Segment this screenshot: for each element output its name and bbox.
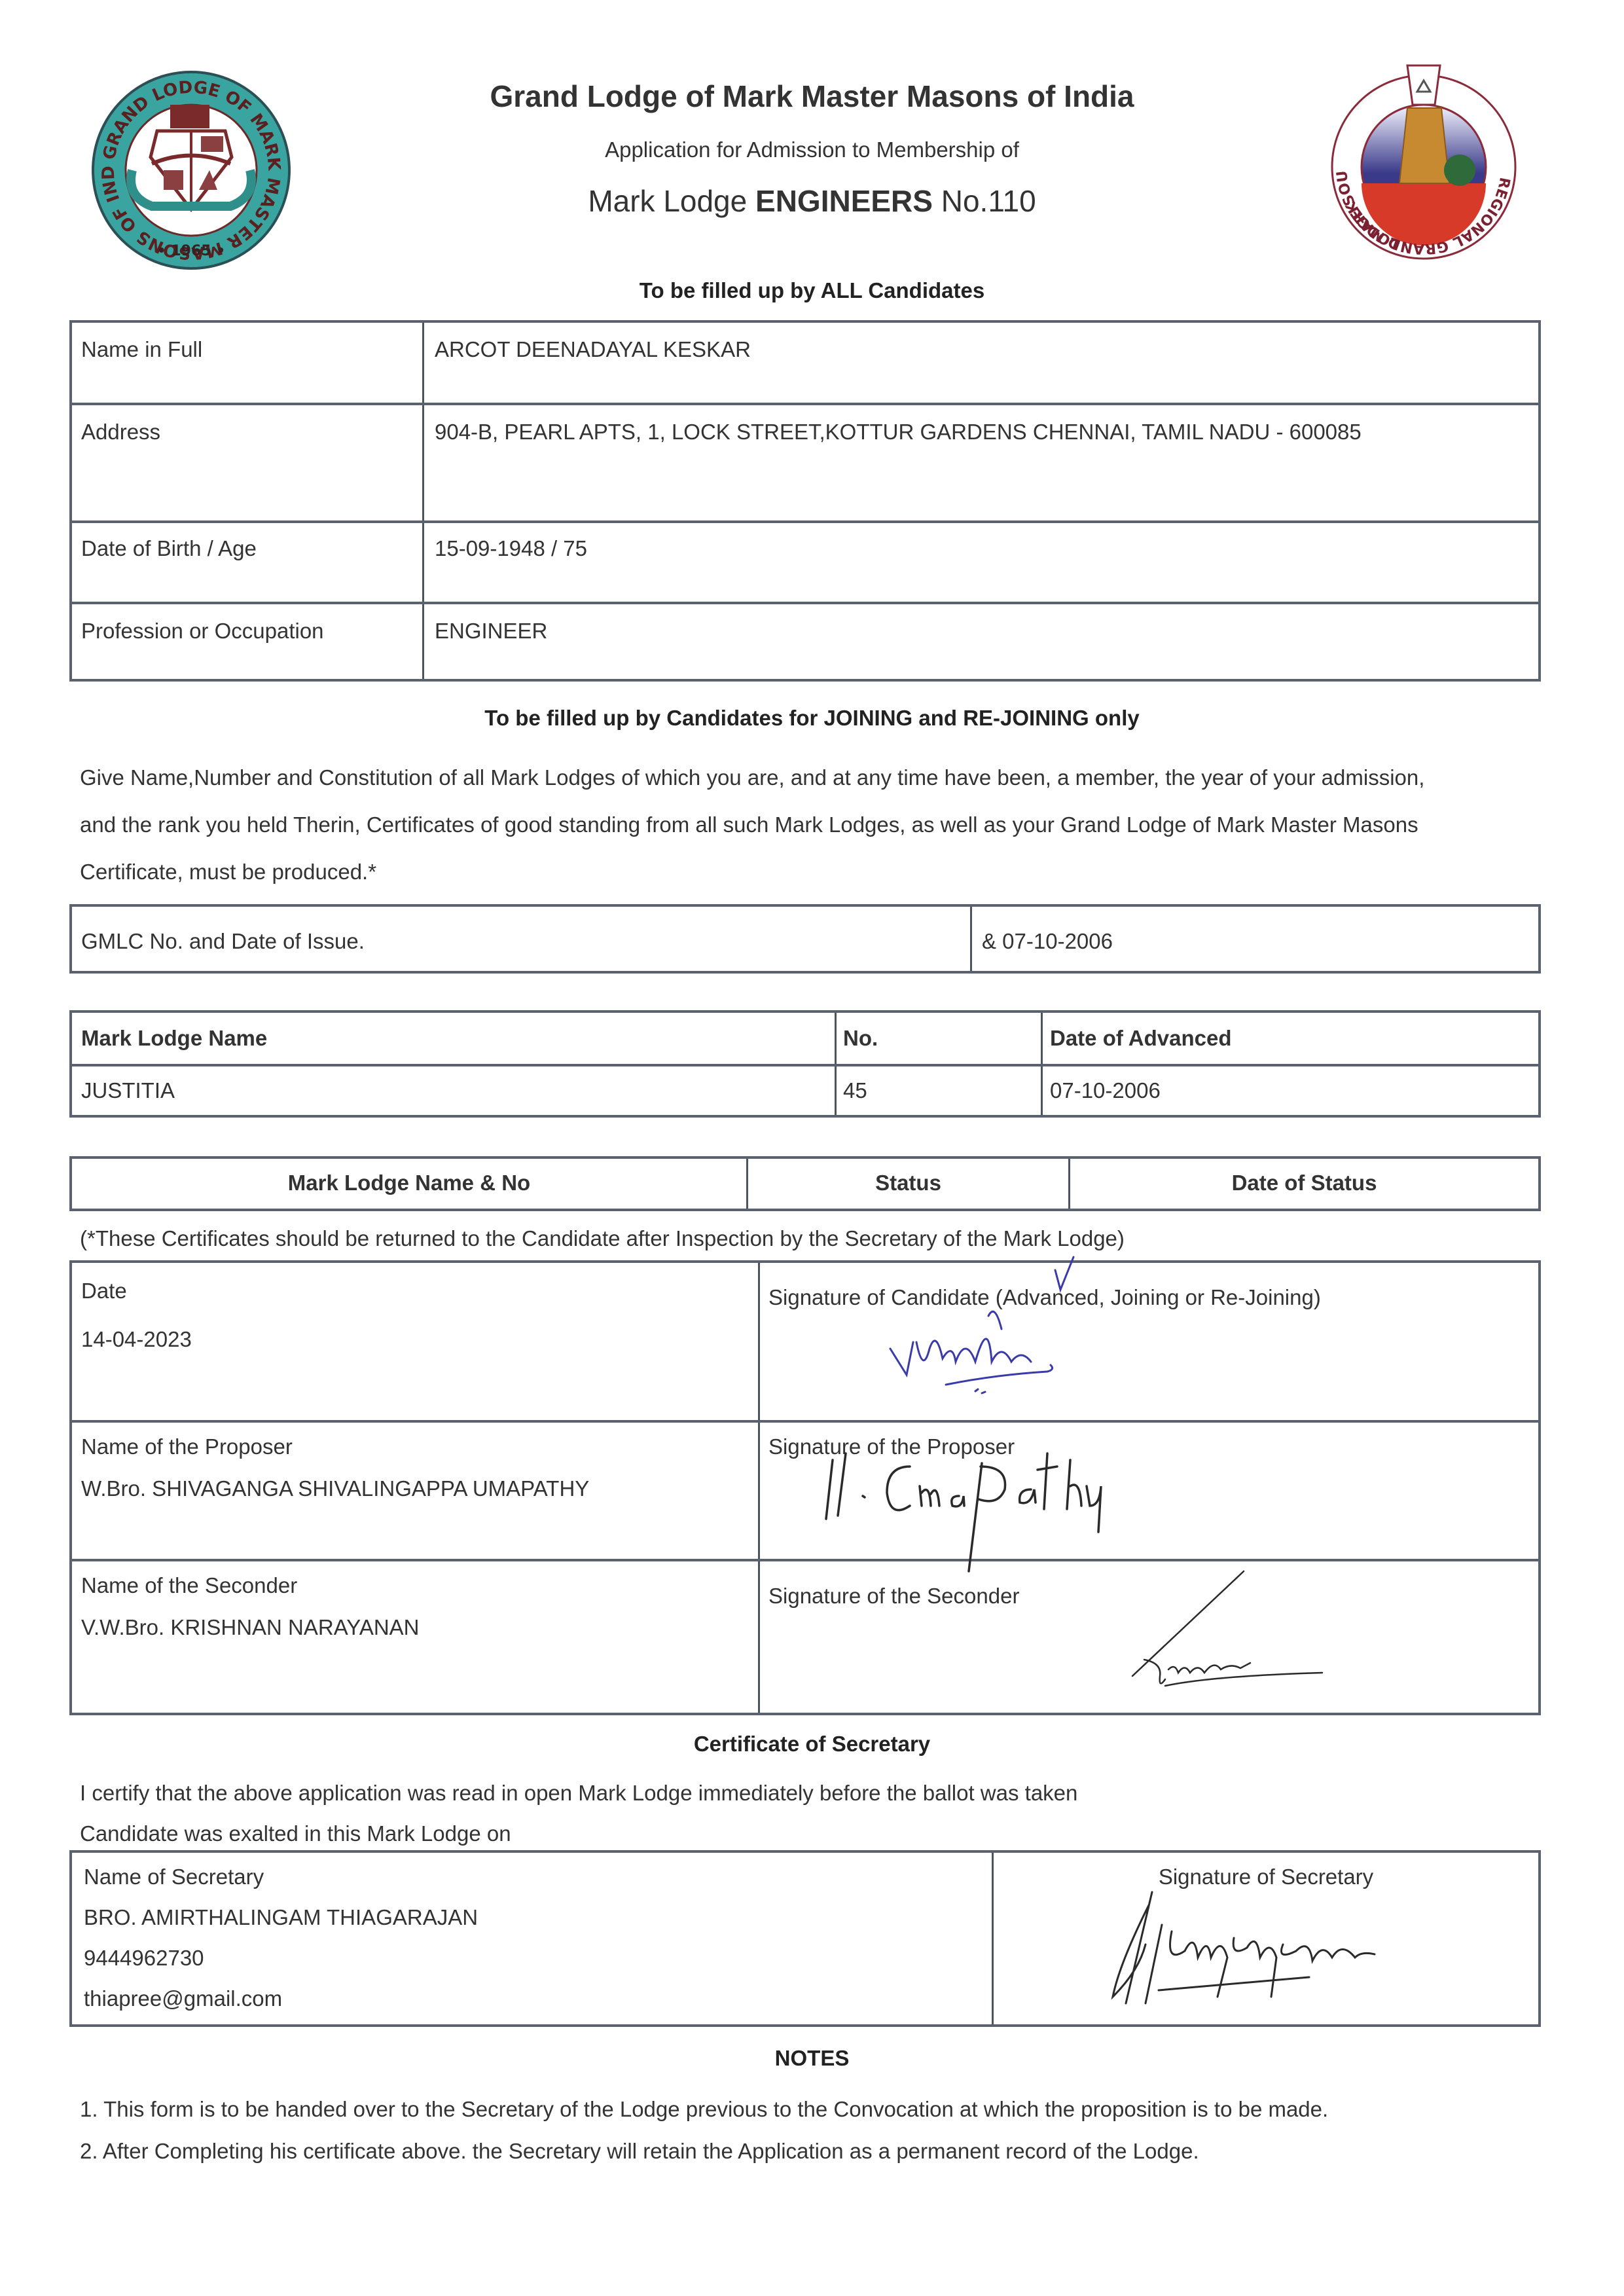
proposer-label: Name of the Proposer	[81, 1434, 293, 1459]
header-status: Status	[748, 1171, 1068, 1195]
label-name-in-full: Name in Full	[81, 337, 202, 362]
gmlc-table: GMLC No. and Date of Issue. & 07-10-2006	[69, 904, 1541, 974]
seconder-signature	[1113, 1565, 1335, 1696]
instruction-line: and the rank you held Therin, Certificat…	[80, 801, 1553, 848]
section-joining-heading: To be filled up by Candidates for JOININ…	[0, 706, 1624, 731]
mark-lodge-table: Mark Lodge Name No. Date of Advanced JUS…	[69, 1010, 1541, 1118]
form-subtitle: Application for Admission to Membership …	[0, 137, 1624, 162]
lodge-number: No.110	[933, 184, 1036, 218]
certification-line: Candidate was exalted in this Mark Lodge…	[80, 1813, 1553, 1854]
value-address: 904-B, PEARL APTS, 1, LOCK STREET,KOTTUR…	[435, 420, 1362, 445]
svg-text:• 1965 •: • 1965 •	[157, 243, 226, 259]
status-table: Mark Lodge Name & No Status Date of Stat…	[69, 1156, 1541, 1211]
cell-date-advanced: 07-10-2006	[1050, 1078, 1161, 1103]
notes-list: 1. This form is to be handed over to the…	[80, 2088, 1553, 2172]
seconder-name: V.W.Bro. KRISHNAN NARAYANAN	[81, 1615, 420, 1640]
proposer-name: W.Bro. SHIVAGANGA SHIVALINGAPPA UMAPATHY	[81, 1476, 589, 1501]
value-dob-age: 15-09-1948 / 75	[435, 536, 587, 561]
gmlc-value: & 07-10-2006	[982, 929, 1113, 954]
section-all-heading: To be filled up by ALL Candidates	[0, 278, 1624, 303]
certification-line: I certify that the above application was…	[80, 1773, 1553, 1813]
secretary-name: BRO. AMIRTHALINGAM THIAGARAJAN	[84, 1905, 478, 1930]
candidate-signature	[877, 1244, 1178, 1401]
note-item: 1. This form is to be handed over to the…	[80, 2088, 1553, 2130]
notes-heading: NOTES	[0, 2046, 1624, 2071]
header-lodge-name-no: Mark Lodge Name & No	[72, 1171, 746, 1195]
lodge-title: Mark Lodge ENGINEERS No.110	[0, 183, 1624, 219]
value-profession: ENGINEER	[435, 619, 547, 644]
cell-lodge-no: 45	[843, 1078, 867, 1103]
instruction-line: Give Name,Number and Constitution of all…	[80, 754, 1553, 801]
gmlc-label: GMLC No. and Date of Issue.	[81, 929, 365, 954]
secretary-email: thiapree@gmail.com	[84, 1986, 282, 2011]
lodge-name: ENGINEERS	[755, 184, 933, 218]
secretary-signature	[1100, 1886, 1466, 2016]
label-address: Address	[81, 420, 160, 445]
secretary-name-label: Name of Secretary	[84, 1865, 264, 1889]
date-value: 14-04-2023	[81, 1327, 192, 1352]
instruction-line: Certificate, must be produced.*	[80, 848, 1553, 896]
cell-lodge-name: JUSTITIA	[81, 1078, 175, 1103]
note-item: 2. After Completing his certificate abov…	[80, 2130, 1553, 2172]
header-mark-lodge-name: Mark Lodge Name	[81, 1026, 267, 1051]
value-name-in-full: ARCOT DEENADAYAL KESKAR	[435, 337, 751, 362]
joining-instructions: Give Name,Number and Constitution of all…	[80, 754, 1553, 896]
candidate-details-table: Name in Full ARCOT DEENADAYAL KESKAR Add…	[69, 320, 1541, 682]
header-date-advanced: Date of Advanced	[1050, 1026, 1232, 1051]
certificates-footnote: (*These Certificates should be returned …	[80, 1215, 1553, 1262]
secretary-certification: I certify that the above application was…	[80, 1773, 1553, 1854]
label-dob-age: Date of Birth / Age	[81, 536, 257, 561]
secretary-phone: 9444962730	[84, 1946, 204, 1971]
label-profession: Profession or Occupation	[81, 619, 324, 644]
org-title: Grand Lodge of Mark Master Masons of Ind…	[0, 79, 1624, 114]
header-date-of-status: Date of Status	[1070, 1171, 1538, 1195]
seconder-label: Name of the Seconder	[81, 1573, 297, 1598]
date-label: Date	[81, 1279, 127, 1303]
header-lodge-no: No.	[843, 1026, 878, 1051]
lodge-prefix: Mark Lodge	[588, 184, 755, 218]
secretary-heading: Certificate of Secretary	[0, 1732, 1624, 1757]
